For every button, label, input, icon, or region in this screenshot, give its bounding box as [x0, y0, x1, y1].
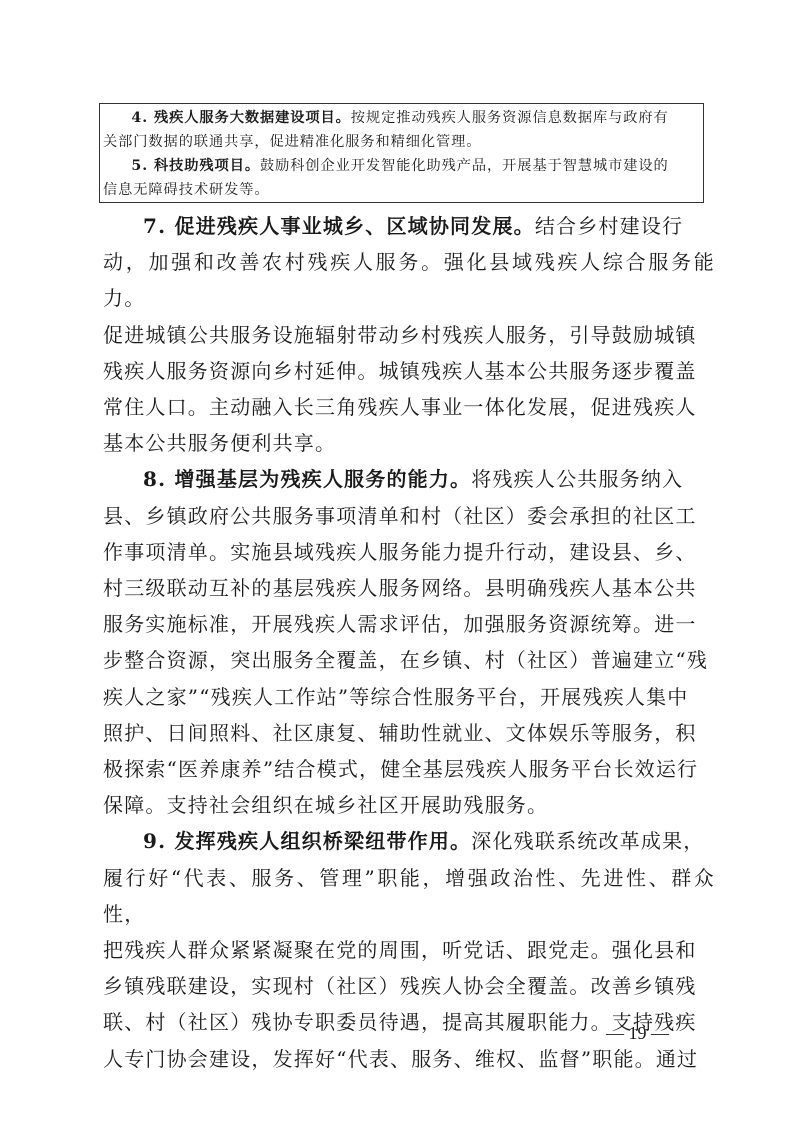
- section-7-line: 基本公共服务便利共享。: [103, 425, 715, 461]
- section-8-line: 步整合资源，突出服务全覆盖，在乡镇、村（社区）普遍建立“残: [103, 642, 715, 678]
- box-item-5-line-1: 5. 科技助残项目。鼓励科创企业开发智能化助残产品，开展基于智慧城市建设的: [103, 154, 700, 178]
- section-8-line: 服务实施标准，开展残疾人需求评估，加强服务资源统筹。进一: [103, 606, 715, 642]
- section-8-line: 极探索“医养康养”结合模式，健全基层残疾人服务平台长效运行: [103, 751, 715, 787]
- section-8-line: 照护、日间照料、社区康复、辅助性就业、文体娱乐等服务，积: [103, 715, 715, 751]
- box-item-4-line-2: 关部门数据的联通共享，促进精准化服务和精细化管理。: [103, 130, 700, 154]
- section-9-line: 履行好“代表、服务、管理”职能，增强政治性、先进性、群众性，: [103, 860, 715, 932]
- box-item-4-heading: 4. 残疾人服务大数据建设项目。: [131, 110, 350, 126]
- box-item-5-heading: 5. 科技助残项目。: [131, 158, 260, 174]
- section-8-heading: 8. 增强基层为残疾人服务的能力。: [143, 467, 471, 491]
- section-9-line: 人专门协会建设，发挥好“代表、服务、维权、监督”职能。通过: [103, 1041, 715, 1077]
- section-7-line: 动，加强和改善农村残疾人服务。强化县域残疾人综合服务能力。: [103, 244, 715, 316]
- box-item-4-line-1: 4. 残疾人服务大数据建设项目。按规定推动残疾人服务资源信息数据库与政府有: [103, 106, 700, 130]
- section-7-heading: 7. 促进残疾人事业城乡、区域协同发展。: [143, 214, 535, 238]
- section-8-line: 保障。支持社会组织在城乡社区开展助残服务。: [103, 787, 715, 823]
- section-9-line: 把残疾人群众紧紧凝聚在党的周围，听党话、跟党走。强化县和: [103, 932, 715, 968]
- section-8-line: 村三级联动互补的基层残疾人服务网络。县明确残疾人基本公共: [103, 570, 715, 606]
- section-8-line: 疾人之家”“残疾人工作站”等综合性服务平台，开展残疾人集中: [103, 679, 715, 715]
- section-9-heading: 9. 发挥残疾人组织桥梁纽带作用。: [143, 829, 471, 853]
- section-7-line: 常住人口。主动融入长三角残疾人事业一体化发展，促进残疾人: [103, 389, 715, 425]
- page-number: — 19 —: [606, 1023, 669, 1044]
- section-8-line: 县、乡镇政府公共服务事项清单和村（社区）委会承担的社区工: [103, 498, 715, 534]
- section-7: 7. 促进残疾人事业城乡、区域协同发展。结合乡村建设行 动，加强和改善农村残疾人…: [103, 208, 715, 461]
- section-8: 8. 增强基层为残疾人服务的能力。将残疾人公共服务纳入 县、乡镇政府公共服务事项…: [103, 461, 715, 823]
- project-box: 4. 残疾人服务大数据建设项目。按规定推动残疾人服务资源信息数据库与政府有 关部…: [99, 103, 704, 203]
- section-7-line-1: 7. 促进残疾人事业城乡、区域协同发展。结合乡村建设行: [103, 208, 715, 244]
- section-7-line: 促进城镇公共服务设施辐射带动乡村残疾人服务，引导鼓励城镇: [103, 317, 715, 353]
- section-8-line-1: 8. 增强基层为残疾人服务的能力。将残疾人公共服务纳入: [103, 461, 715, 497]
- box-item-5-line-2: 信息无障碍技术研发等。: [103, 178, 700, 202]
- section-9-line-1: 9. 发挥残疾人组织桥梁纽带作用。深化残联系统改革成果，: [103, 823, 715, 859]
- section-8-line: 作事项清单。实施县域残疾人服务能力提升行动，建设县、乡、: [103, 534, 715, 570]
- main-text: 7. 促进残疾人事业城乡、区域协同发展。结合乡村建设行 动，加强和改善农村残疾人…: [103, 208, 715, 1077]
- section-7-line: 残疾人服务资源向乡村延伸。城镇残疾人基本公共服务逐步覆盖: [103, 353, 715, 389]
- section-9-line: 乡镇残联建设，实现村（社区）残疾人协会全覆盖。改善乡镇残: [103, 968, 715, 1004]
